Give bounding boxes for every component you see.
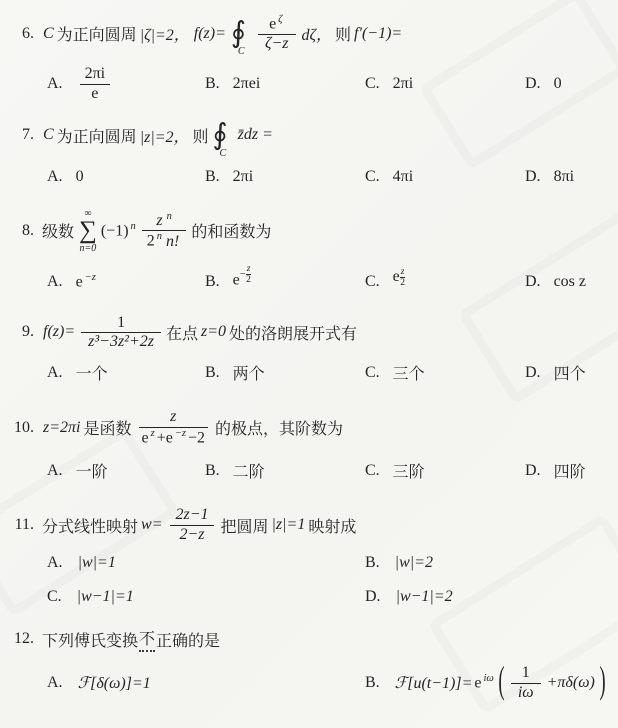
- stem-text: 分式线性映射: [42, 514, 138, 537]
- option-label: A.: [47, 554, 63, 572]
- stem-text: |z|=2，: [140, 124, 190, 147]
- sum-lower-limit: n=0: [80, 243, 97, 254]
- option-label: D.: [525, 364, 541, 382]
- fraction-numerator: 1: [511, 664, 541, 683]
- option-label: A.: [47, 364, 63, 382]
- option-label: C.: [365, 273, 380, 291]
- left-parenthesis: (: [498, 661, 504, 704]
- question-11: 11. 分式线性映射 w= 2z−1 2−z 把圆周 |z|=1 映射成 A.|…: [8, 506, 612, 606]
- stem-text: 处的洛朗展开式有: [229, 321, 357, 344]
- question-10-options: A.一阶 B.二阶 C.三阶 D.四阶: [47, 459, 612, 482]
- option-label: B.: [365, 674, 380, 692]
- option-b: B.|w|=2: [365, 554, 612, 572]
- question-9-options: A.一个 B.两个 C.三个 D.四个: [47, 361, 612, 384]
- question-6-stem: 6. C 为正向圆周 |ζ|=2， f(z)= ∮C eζ ζ−z dζ， 则 …: [8, 14, 612, 53]
- term: n!: [166, 233, 179, 250]
- fraction-numerator: eζ: [258, 14, 296, 35]
- question-number: 12.: [8, 630, 34, 648]
- exponent: iω: [484, 673, 494, 684]
- fraction-denominator: ζ−z: [260, 35, 294, 53]
- stem-text: C: [43, 126, 54, 144]
- option-a: A.0: [47, 168, 205, 186]
- option-c: C.三个: [365, 361, 525, 384]
- question-9: 9. f(z)= 1 z³−3z²+2z 在点 z=0 处的洛朗展开式有 A.一…: [8, 314, 612, 385]
- question-number: 11.: [8, 516, 34, 534]
- stem-text: |z|=1: [272, 516, 306, 534]
- question-number: 9.: [8, 323, 34, 341]
- option-label: C.: [365, 168, 380, 186]
- option-label: C.: [365, 364, 380, 382]
- fraction-numerator: 2z−1: [170, 506, 213, 525]
- fraction-numerator: z: [139, 408, 209, 427]
- stem-text: |ζ|=2，: [140, 22, 190, 45]
- term: 2: [147, 233, 155, 250]
- option-label: D.: [365, 588, 381, 606]
- option-value: 四阶: [554, 459, 586, 482]
- option-value: 三阶: [393, 459, 425, 482]
- fraction: zn 2nn!: [142, 211, 187, 251]
- stem-text: 正确的是: [156, 628, 220, 651]
- option-b: B. ℱ[u(t−1)]= eiω ( 1 iω +πδ(ω) ): [365, 664, 612, 702]
- option-d: D.8πi: [525, 168, 612, 186]
- question-number: 10.: [8, 419, 34, 437]
- exp-term: eiω: [474, 673, 495, 692]
- stem-text: w=: [141, 516, 162, 534]
- option-label: B.: [205, 364, 220, 382]
- option-c: C. ez2: [365, 268, 525, 296]
- question-8: 8. 级数 ∞ ∑ n=0 (−1)n zn 2nn! 的和函数为 A. e−z: [8, 208, 612, 296]
- stem-text: (−1)n: [101, 221, 138, 240]
- term: z: [156, 212, 162, 229]
- option-value: e−z: [76, 272, 98, 291]
- option-c: C.三阶: [365, 459, 525, 482]
- term: +πδ(ω): [547, 674, 595, 692]
- stem-text: 的和函数为: [191, 219, 271, 242]
- option-label: D.: [525, 75, 541, 93]
- exponent: −z: [85, 272, 96, 283]
- option-label: B.: [205, 75, 220, 93]
- question-9-stem: 9. f(z)= 1 z³−3z²+2z 在点 z=0 处的洛朗展开式有: [8, 314, 612, 352]
- summation-symbol: ∞ ∑ n=0: [79, 208, 97, 254]
- question-number: 7.: [8, 126, 34, 144]
- option-value: 4πi: [393, 168, 414, 186]
- option-d: D.四阶: [525, 459, 612, 482]
- option-label: B.: [205, 462, 220, 480]
- option-value: 2πi: [233, 168, 254, 186]
- question-12: 12. 下列傅氏变换 不 正确的是 A. ℱ[δ(ω)]=1 B. ℱ[u(t−…: [8, 626, 612, 702]
- integral-glyph: ∮: [213, 119, 228, 151]
- option-a: A. 2πie: [47, 65, 205, 103]
- stem-text: 级数: [42, 219, 74, 242]
- exponent: z2: [400, 267, 406, 289]
- fraction-numerator: zn: [142, 211, 187, 232]
- question-6: 6. C 为正向圆周 |ζ|=2， f(z)= ∮C eζ ζ−z dζ， 则 …: [8, 14, 612, 103]
- fraction: 1 z³−3z²+2z: [81, 314, 161, 352]
- option-d: D.cos z: [525, 273, 612, 291]
- base: e: [474, 675, 481, 692]
- fraction-numerator: 2πi: [80, 65, 111, 84]
- option-b: B.两个: [205, 361, 365, 384]
- option-value: 四个: [554, 361, 586, 384]
- contour-integral-symbol: ∮C: [213, 121, 228, 150]
- option-label: A.: [47, 168, 63, 186]
- option-c: C.4πi: [365, 168, 525, 186]
- stem-text: 的极点，其阶数为: [215, 416, 343, 439]
- question-12-stem: 12. 下列傅氏变换 不 正确的是: [8, 626, 612, 652]
- exponent: n: [157, 231, 162, 242]
- exam-page: 6. C 为正向圆周 |ζ|=2， f(z)= ∮C eζ ζ−z dζ， 则 …: [0, 0, 618, 728]
- option-value: 8πi: [554, 168, 575, 186]
- term: (−1): [101, 222, 129, 239]
- question-8-stem: 8. 级数 ∞ ∑ n=0 (−1)n zn 2nn! 的和函数为: [8, 208, 612, 254]
- option-b: B.2πi: [205, 168, 365, 186]
- fraction-denominator: 2: [400, 278, 406, 288]
- base: e: [393, 268, 400, 285]
- option-value: 两个: [233, 361, 265, 384]
- option-a: A.一阶: [47, 459, 205, 482]
- option-b: B.二阶: [205, 459, 365, 482]
- stem-text: 是函数: [83, 416, 131, 439]
- option-value: |w−1|=1: [77, 588, 134, 606]
- option-label: C.: [365, 462, 380, 480]
- fraction-denominator: 2−z: [170, 526, 213, 544]
- option-label: C.: [365, 75, 380, 93]
- term: −2: [188, 429, 205, 446]
- sigma-glyph: ∑: [79, 219, 97, 243]
- option-value: ez2: [393, 268, 406, 296]
- emphasized-character: 不: [139, 626, 155, 652]
- question-7-options: A.0 B.2πi C.4πi D.8πi: [47, 168, 612, 186]
- stem-text: z=0: [201, 323, 226, 341]
- exponent: n: [131, 221, 136, 232]
- option-a: A.一个: [47, 361, 205, 384]
- question-11-options-row-1: A.|w|=1 B.|w|=2: [47, 554, 612, 572]
- stem-text: 则: [193, 124, 209, 147]
- integral-glyph: ∮: [231, 17, 246, 49]
- option-a: A.|w|=1: [47, 554, 365, 572]
- option-value: 2πei: [233, 75, 261, 93]
- small-fraction: z2: [246, 264, 252, 286]
- option-value: cos z: [554, 273, 586, 291]
- base: e: [76, 273, 83, 290]
- fraction-denominator: iω: [513, 684, 539, 702]
- stem-text: 为正向圆周: [57, 124, 137, 147]
- integral-subscript: C: [220, 149, 227, 159]
- stem-text: e: [269, 15, 276, 32]
- stem-text: f′(−1)=: [354, 25, 402, 43]
- option-label: D.: [525, 168, 541, 186]
- stem-text: C: [43, 25, 54, 43]
- question-8-options: A. e−z B. e−z2 C. ez2 D.cos z: [47, 268, 612, 296]
- option-label: A.: [47, 674, 63, 692]
- exam-content: 6. C 为正向圆周 |ζ|=2， f(z)= ∮C eζ ζ−z dζ， 则 …: [0, 0, 618, 728]
- contour-integral-symbol: ∮C: [231, 19, 246, 48]
- fraction: eζ ζ−z: [258, 14, 296, 53]
- base: e: [233, 271, 240, 288]
- option-value: |w|=1: [78, 554, 116, 572]
- fraction: z ez+e−z−2: [137, 408, 211, 447]
- fraction-denominator: 2: [246, 275, 252, 285]
- exponent: −z: [175, 428, 186, 439]
- question-11-stem: 11. 分式线性映射 w= 2z−1 2−z 把圆周 |z|=1 映射成: [8, 506, 612, 544]
- stem-text: 把圆周: [221, 514, 269, 537]
- question-10-stem: 10. z=2πi 是函数 z ez+e−z−2 的极点，其阶数为: [8, 408, 612, 447]
- option-d: D.四个: [525, 361, 612, 384]
- question-number: 8.: [8, 222, 34, 240]
- stem-text: 映射成: [308, 514, 356, 537]
- fraction: 2πie: [80, 65, 111, 103]
- stem-text: z=2πi: [43, 419, 80, 437]
- question-6-options: A. 2πie B.2πei C.2πi D.0: [47, 65, 612, 103]
- stem-text: z̄dz =: [238, 126, 273, 144]
- option-value: 0: [76, 168, 84, 186]
- fraction-numerator: z: [246, 264, 252, 275]
- stem-text: dζ，: [302, 22, 332, 45]
- right-parenthesis: ): [599, 661, 605, 704]
- option-value: 0: [554, 75, 562, 93]
- option-label: D.: [525, 273, 541, 291]
- fraction-numerator: z: [400, 267, 406, 278]
- exponent: −z2: [240, 264, 252, 286]
- option-value: |w|=2: [395, 554, 433, 572]
- integral-subscript: C: [238, 47, 245, 57]
- fraction-denominator: z³−3z²+2z: [83, 333, 159, 351]
- option-d: D.|w−1|=2: [365, 588, 612, 606]
- term: e: [142, 429, 149, 446]
- option-value: e−z2: [233, 271, 252, 293]
- option-a: A. ℱ[δ(ω)]=1: [47, 673, 365, 693]
- fourier-expression: ℱ[u(t−1)]=: [395, 673, 473, 693]
- exponent: ζ: [278, 14, 282, 25]
- fraction-denominator: 2nn!: [142, 231, 187, 251]
- question-12-options: A. ℱ[δ(ω)]=1 B. ℱ[u(t−1)]= eiω ( 1 iω +π…: [47, 664, 612, 702]
- option-b: B.2πei: [205, 75, 365, 93]
- fraction-numerator: 1: [81, 314, 161, 333]
- option-value: 一阶: [76, 459, 108, 482]
- option-value: 三个: [393, 361, 425, 384]
- stem-text: f(z)=: [43, 323, 75, 341]
- stem-text: 在点: [166, 321, 198, 344]
- option-label: D.: [525, 462, 541, 480]
- small-fraction: z2: [400, 267, 406, 289]
- option-value: 2πi: [393, 75, 414, 93]
- fraction: 1 iω: [511, 664, 541, 702]
- question-7-stem: 7. C 为正向圆周 |z|=2， 则 ∮C z̄dz =: [8, 121, 612, 150]
- fraction-denominator: e: [80, 85, 111, 103]
- stem-text: 下列傅氏变换: [42, 628, 138, 651]
- fraction: 2z−1 2−z: [168, 506, 215, 544]
- option-label: B.: [205, 273, 220, 291]
- option-value: 一个: [76, 361, 108, 384]
- exponent: z: [151, 428, 155, 439]
- term: +e: [157, 429, 173, 446]
- question-7: 7. C 为正向圆周 |z|=2， 则 ∮C z̄dz = A.0 B.2πi …: [8, 121, 612, 186]
- stem-text: 为正向圆周: [57, 22, 137, 45]
- stem-text: f(z)=: [194, 25, 226, 43]
- option-value: |w−1|=2: [396, 588, 453, 606]
- question-10: 10. z=2πi 是函数 z ez+e−z−2 的极点，其阶数为 A.一阶 B…: [8, 408, 612, 482]
- option-a: A. e−z: [47, 272, 205, 291]
- option-value: ℱ[δ(ω)]=1: [78, 673, 151, 693]
- option-d: D.0: [525, 75, 612, 93]
- option-label: A.: [47, 75, 63, 93]
- option-label: A.: [47, 462, 63, 480]
- option-label: C.: [47, 588, 62, 606]
- option-value: 二阶: [233, 459, 265, 482]
- option-label: B.: [205, 168, 220, 186]
- option-c: C.|w−1|=1: [47, 588, 365, 606]
- question-number: 6.: [8, 25, 34, 43]
- option-label: A.: [47, 273, 63, 291]
- option-b: B. e−z2: [205, 271, 365, 293]
- stem-text: 则: [335, 22, 351, 45]
- question-11-options-row-2: C.|w−1|=1 D.|w−1|=2: [47, 588, 612, 606]
- exponent: n: [167, 211, 172, 222]
- fraction-denominator: ez+e−z−2: [137, 428, 211, 448]
- option-c: C.2πi: [365, 75, 525, 93]
- option-label: B.: [365, 554, 380, 572]
